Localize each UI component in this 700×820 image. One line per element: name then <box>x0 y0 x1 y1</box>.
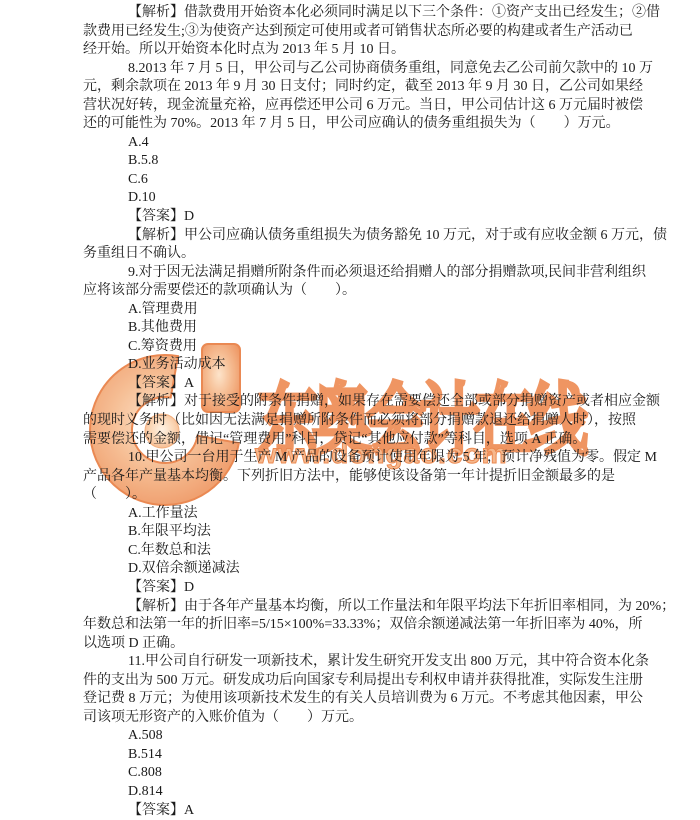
text-line: 年数总和法第一年的折旧率=5/15×100%=33.33%；双倍余额递减法第一年… <box>83 616 599 635</box>
text-line: A.工作量法 <box>83 505 599 524</box>
text-line: 元，剩余款项在 2013 年 9 月 30 日支付；同时约定，截至 2013 年… <box>83 78 599 97</box>
text-line: 的现时义务时（比如因无法满足捐赠所附条件而必须将部分捐赠款退还给捐赠人时），按照 <box>83 412 599 431</box>
text-line: 11.甲公司自行研发一项新技术，累计发生研究开发支出 800 万元，其中符合资本… <box>83 653 599 672</box>
text-line: D.814 <box>83 783 599 802</box>
text-line: 件的支出为 500 万元。研发成功后向国家专利局提出专利权申请并获得批准，实际发… <box>83 672 599 691</box>
document-page: 东奥会计在线 www.dongao.com 【解析】借款费用开始资本化必须同时满… <box>0 0 700 820</box>
text-line: 【答案】D <box>83 208 599 227</box>
text-line: A.508 <box>83 727 599 746</box>
text-line: 10.甲公司一台用于生产 M 产品的设备预计使用年限为 5 年，预计净残值为零。… <box>83 449 599 468</box>
text-line: D.双倍余额递减法 <box>83 560 599 579</box>
text-line: 经开始。所以开始资本化时点为 2013 年 5 月 10 日。 <box>83 41 599 60</box>
text-line: 司该项无形资产的入账价值为（ ）万元。 <box>83 709 599 728</box>
text-line: 以选项 D 正确。 <box>83 635 599 654</box>
text-line: 营状况好转，现金流量充裕，应再偿还甲公司 6 万元。当日，甲公司估计这 6 万元… <box>83 97 599 116</box>
text-line: 【解析】借款费用开始资本化必须同时满足以下三个条件：①资产支出已经发生；②借 <box>83 4 599 23</box>
text-line: C.808 <box>83 764 599 783</box>
text-line: C.年数总和法 <box>83 542 599 561</box>
text-line: 8.2013 年 7 月 5 日，甲公司与乙公司协商债务重组，同意免去乙公司前欠… <box>83 60 599 79</box>
text-line: 【解析】对于接受的附条件捐赠，如果存在需要偿还全部或部分捐赠资产或者相应金额 <box>83 393 599 412</box>
text-line: 【答案】D <box>83 579 599 598</box>
text-line: 9.对于因无法满足捐赠所附条件而必须退还给捐赠人的部分捐赠款项,民间非营利组织 <box>83 264 599 283</box>
text-line: 还的可能性为 70%。2013 年 7 月 5 日，甲公司应确认的债务重组损失为… <box>83 115 599 134</box>
text-line: 【解析】甲公司应确认债务重组损失为债务豁免 10 万元，对于或有应收金额 6 万… <box>83 227 599 246</box>
text-line: 产品各年产量基本均衡。下列折旧方法中，能够使该设备第一年计提折旧金额最多的是 <box>83 468 599 487</box>
text-line: 应将该部分需要偿还的款项确认为（ ）。 <box>83 282 599 301</box>
text-line: 【答案】A <box>83 802 599 820</box>
text-line: B.514 <box>83 746 599 765</box>
text-line: A.4 <box>83 134 599 153</box>
text-line: A.管理费用 <box>83 301 599 320</box>
text-line: （ ）。 <box>83 486 599 505</box>
text-line: 需要偿还的金额，借记“管理费用”科目，贷记“其他应付款”等科目，选项 A 正确。 <box>83 431 599 450</box>
text-line: 【解析】由于各年产量基本均衡，所以工作量法和年限平均法下年折旧率相同，为 20%… <box>83 598 599 617</box>
text-line: B.其他费用 <box>83 319 599 338</box>
text-line: D.10 <box>83 189 599 208</box>
text-line: B.5.8 <box>83 152 599 171</box>
text-line: 【答案】A <box>83 375 599 394</box>
text-layer: 【解析】借款费用开始资本化必须同时满足以下三个条件：①资产支出已经发生；②借款费… <box>83 4 599 820</box>
text-line: 登记费 8 万元；为使用该项新技术发生的有关人员培训费为 6 万元。不考虑其他因… <box>83 690 599 709</box>
text-line: B.年限平均法 <box>83 523 599 542</box>
text-line: D.业务活动成本 <box>83 356 599 375</box>
text-line: 款费用已经发生;③为使资产达到预定可使用或者可销售状态所必要的构建或者生产活动已 <box>83 23 599 42</box>
text-line: C.筹资费用 <box>83 338 599 357</box>
text-line: 务重组日不确认。 <box>83 245 599 264</box>
text-line: C.6 <box>83 171 599 190</box>
